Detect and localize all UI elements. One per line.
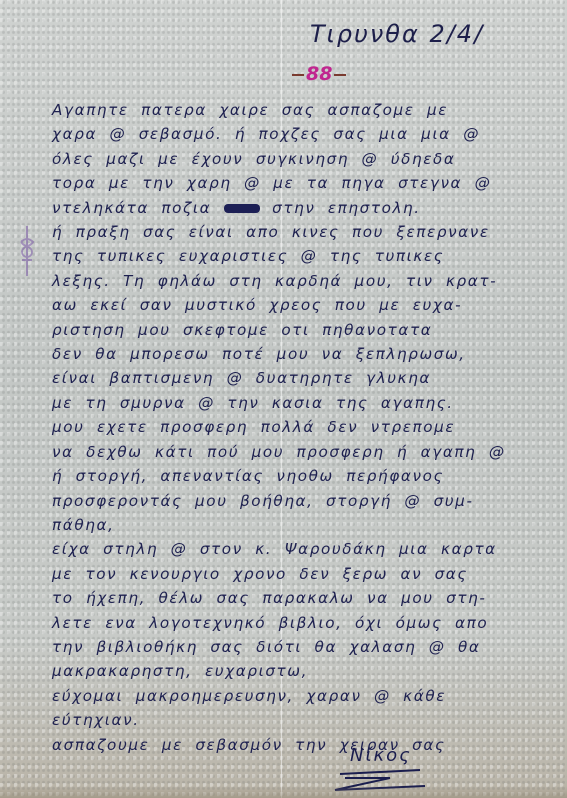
letter-line: λεξης. Τη φηλάω στη καρδηά μου, τιν κρατ… [52,269,552,293]
letter-body: Αγαπητε πατερα χαιρε σας ασπαζομε με χαρ… [52,98,552,757]
letter-line: το ήχεπη, θέλω σας παρακαλω να μου στη- [52,586,552,610]
letter-line: είναι βαπτισμενη @ δυατηρητε γλυκηα [52,366,552,390]
letter-line: εύχομαι μακροημερευσην, χαραν @ κάθε [52,684,552,708]
letter-line: της τυπικες ευχαριστιες @ της τυπικες [52,244,552,268]
letter-line: χαρα @ σεβασμό. ή ποχζες σας μια μια @ [52,122,552,146]
letter-line: εύτηχιαν. [52,708,552,732]
letter-line: λετε ενα λογοτεχνηκό βιβλιο, όχι όμως απ… [52,611,552,635]
letter-line: ασπαζουμε με σεβασμόν την χειραν σας [52,733,552,757]
letter-line: τορα με την χαρη @ με τα πηγα στεγνα @ [52,171,552,195]
letter-line: ή στοργή, απεναντίας νηοθω περήφανος [52,464,552,488]
letter-line: μου εχετε προσφερη πολλά δεν ντρεπομε [52,415,552,439]
letter-line: δεν θα μπορεσω ποτέ μου να ξεπληρωσω, [52,342,552,366]
letter-line-with-redaction: ντεληκάτα ποζια στην επηστολη. [52,196,552,220]
letter-line: είχα στηλη @ στον κ. Ψαρουδάκη μια καρτα [52,537,552,561]
letter-line-text: στην επηστολη. [272,199,421,217]
margin-stamp-icon [18,222,36,280]
letter-line-text: ντεληκάτα ποζια [52,199,211,217]
letter-line: με τη σμυρνα @ την κασια της αγαπης. [52,391,552,415]
letter-line: ή πραξη σας είναι απο κινες που ξεπερναν… [52,220,552,244]
letter-line: να δεχθω κάτι πού μου προσφερη ή αγαπη @ [52,440,552,464]
paper-bottom-edge [0,786,567,798]
page-number-mark: 88 [290,63,348,85]
letter-line: την βιβλιοθήκη σας διότι θα χαλαση @ θα [52,635,552,659]
signature: Νίκος [350,745,412,766]
letter-line: μακρακαρηστη, ευχαριστω, [52,659,552,683]
letter-line: αω εκεί σαν μυστικό χρεος που με ευχα- [52,293,552,317]
letter-line: με τον κενουργιο χρονο δεν ξερω αν σας [52,562,552,586]
place-and-date: Τιρυνθα 2/4/ [310,20,484,48]
ink-redaction-blot [224,204,260,213]
scanned-letter-page: Τιρυνθα 2/4/ 88 Αγαπητε πατερα χαιρε σας… [0,0,567,798]
letter-line: όλες μαζι με έχουν συγκινηση @ ύδηεδα [52,147,552,171]
letter-line: προσφεροντάς μου βοήθηα, στοργή @ συμ- [52,489,552,513]
letter-line: πάθηα, [52,513,552,537]
letter-line: ριστηση μου σκεφτομε οτι πηθανοτατα [52,318,552,342]
letter-line: Αγαπητε πατερα χαιρε σας ασπαζομε με [52,98,552,122]
